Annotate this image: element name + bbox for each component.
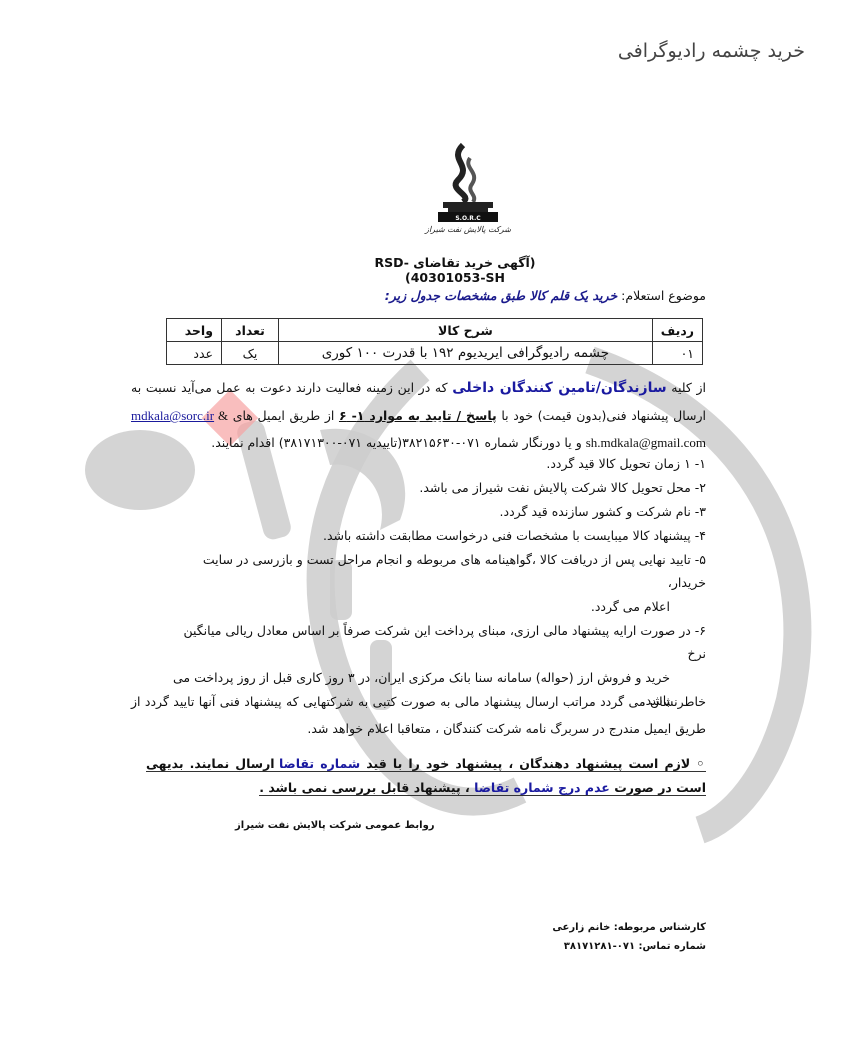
intro-text: از طریق ایمیل های bbox=[228, 408, 339, 423]
logo-company-name: شرکت پالایش نفت شیراز bbox=[424, 225, 511, 234]
logo-badge: S.O.R.C bbox=[455, 215, 481, 222]
header-quantity: تعداد bbox=[222, 319, 279, 342]
contact-expert: کارشناس مربوطه: خانم زارعی bbox=[552, 918, 706, 937]
company-logo: S.O.R.C شرکت پالایش نفت شیراز bbox=[418, 140, 518, 240]
list-item: ۳- نام شرکت و کشور سازنده قید گردد. bbox=[166, 500, 706, 523]
items-table: ردیف شرح کالا تعداد واحد ۰۱ چشمه رادیوگر… bbox=[166, 318, 703, 365]
important-highlight: شماره تقاضا bbox=[279, 756, 360, 771]
list-item: ۵- تایید نهایی پس از دریافت کالا ،گواهین… bbox=[166, 548, 706, 594]
requirements-list: ۱- ۱ زمان تحویل کالا قید گردد. ۲- محل تح… bbox=[166, 452, 706, 713]
header-row: ردیف bbox=[652, 319, 702, 342]
list-item: ۲- محل تحویل کالا شرکت پالایش نفت شیراز … bbox=[166, 476, 706, 499]
contact-phone: شماره تماس: ۰۷۱-۳۸۱۷۱۲۸۱ bbox=[552, 937, 706, 956]
notice-title: (آگهی خرید تقاضای RSD-40301053-SH) bbox=[340, 255, 570, 285]
important-note: ◦ لازم است پیشنهاد دهندگان ، پیشنهاد خود… bbox=[146, 752, 706, 800]
email-gmail: sh.mdkala@gmail.com bbox=[586, 435, 706, 450]
intro-underline: پاسخ / تایید به موارد ۱- ۶ bbox=[339, 408, 497, 423]
note-paragraph: خاطرنشان می گردد مراتب ارسال پیشنهاد مال… bbox=[131, 688, 706, 742]
page-title: خرید چشمه رادیوگرافی bbox=[618, 40, 805, 62]
flame-refinery-logo-icon: S.O.R.C شرکت پالایش نفت شیراز bbox=[418, 140, 518, 240]
table-row: ۰۱ چشمه رادیوگرافی ایریدیوم ۱۹۲ با قدرت … bbox=[167, 342, 703, 365]
signature: روابط عمومی شرکت پالایش نفت شیراز bbox=[235, 820, 435, 831]
contact-info: کارشناس مربوطه: خانم زارعی شماره تماس: ۰… bbox=[552, 918, 706, 956]
ampersand: & bbox=[214, 408, 228, 423]
subject-label: موضوع استعلام: bbox=[621, 288, 706, 303]
cell-unit: عدد bbox=[167, 342, 222, 365]
list-item-continuation: اعلام می گردد. bbox=[166, 595, 706, 618]
subject-value: خرید یک قلم کالا طبق مشخصات جدول زیر: bbox=[385, 288, 617, 303]
bullet-icon: ◦ bbox=[696, 756, 706, 771]
important-text: ، پیشنهاد قابل بررسی نمی باشد . bbox=[259, 780, 474, 795]
important-highlight: عدم درج شماره تقاضا bbox=[474, 780, 610, 795]
subject-line: موضوع استعلام: خرید یک قلم کالا طبق مشخص… bbox=[385, 288, 706, 303]
cell-description: چشمه رادیوگرافی ایریدیوم ۱۹۲ با قدرت ۱۰۰… bbox=[279, 342, 653, 365]
header-unit: واحد bbox=[167, 319, 222, 342]
intro-text: و یا دورنگار شماره ۰۷۱-۳۸۲۱۵۶۳۰(تاییدیه … bbox=[211, 435, 585, 450]
cell-row: ۰۱ bbox=[652, 342, 702, 365]
list-item: ۶- در صورت ارایه پیشنهاد مالی ارزی، مبنا… bbox=[166, 619, 706, 665]
intro-highlight: سازندگان/تامین کنندگان داخلی bbox=[452, 380, 666, 396]
intro-text: از کلیه bbox=[667, 380, 706, 395]
list-item: ۱- ۱ زمان تحویل کالا قید گردد. bbox=[166, 452, 706, 475]
important-text: لازم است پیشنهاد دهندگان ، پیشنهاد خود ر… bbox=[360, 756, 690, 771]
intro-paragraph: از کلیه سازندگان/تامین کنندگان داخلی که … bbox=[131, 374, 706, 456]
header-description: شرح کالا bbox=[279, 319, 653, 342]
email-link-sorc[interactable]: mdkala@sorc.ir bbox=[131, 408, 214, 423]
table-header-row: ردیف شرح کالا تعداد واحد bbox=[167, 319, 703, 342]
list-item: ۴- پیشنهاد کالا میبایست با مشخصات فنی در… bbox=[166, 524, 706, 547]
cell-quantity: یک bbox=[222, 342, 279, 365]
